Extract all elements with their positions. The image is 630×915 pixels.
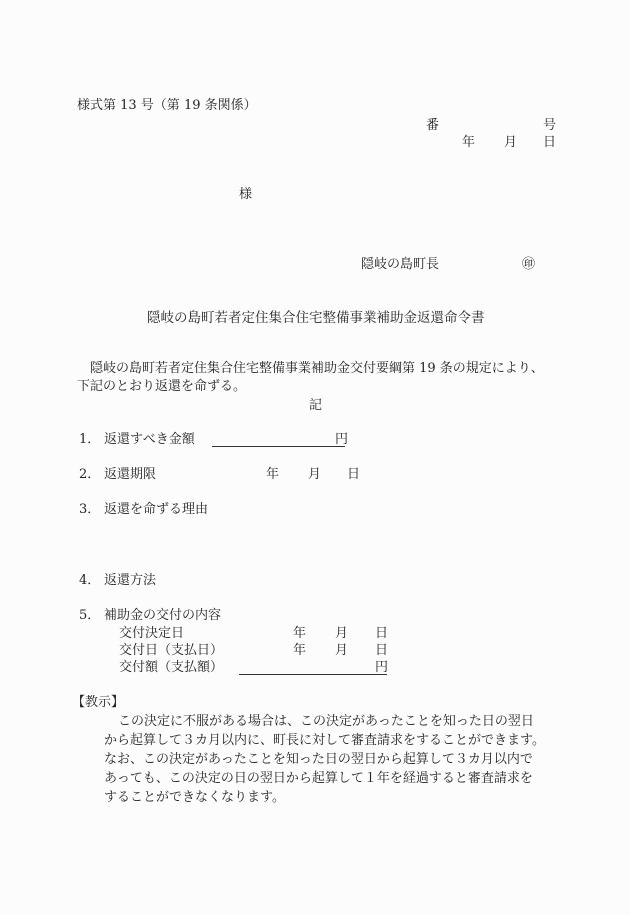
item-label: 返還期限	[104, 468, 156, 481]
item-number: 4．	[79, 574, 100, 587]
ki-label: 記	[309, 399, 322, 412]
sub-item-label: 交付決定日	[119, 627, 184, 640]
year-label: 年	[293, 627, 306, 640]
deadline-month-label: 月	[308, 468, 321, 481]
notice-line-4: あっても、この決定の日の翌日から起算して１年を経過すると審査請求を	[104, 772, 533, 785]
seal-mark: ㊞	[522, 258, 535, 271]
body-line-1: 隠岐の島町若者定住集合住宅整備事業補助金交付要綱第 19 条の規定により、	[90, 362, 544, 375]
item-number: 1．	[79, 433, 100, 446]
sub-item-label: 交付日（支払日）	[119, 644, 223, 657]
yen-unit: 円	[375, 661, 388, 674]
addressee-suffix: 様	[239, 188, 252, 201]
notice-line-1: この決定に不服がある場合は、この決定があったことを知った日の翌日	[118, 715, 534, 728]
item-label: 補助金の交付の内容	[104, 609, 221, 622]
notice-line-2: から起算して３カ月以内に、町長に対して審査請求をすることができます。	[104, 734, 545, 747]
date-day-label: 日	[543, 136, 556, 149]
number-label-go: 号	[543, 119, 556, 132]
year-label: 年	[293, 644, 306, 657]
number-label-ban: 番	[426, 119, 439, 132]
issuer-title: 隠岐の島町長	[361, 258, 439, 271]
item-number: 5．	[79, 609, 100, 622]
body-line-2: 下記のとおり返還を命ずる。	[77, 380, 246, 393]
amount-underline	[239, 674, 387, 675]
date-month-label: 月	[504, 136, 517, 149]
item-label: 返還方法	[104, 574, 156, 587]
notice-heading: 【教示】	[72, 696, 124, 709]
sub-item-label: 交付額（支払額）	[119, 661, 223, 674]
item-label: 返還を命ずる理由	[104, 503, 208, 516]
item-number: 2．	[79, 468, 100, 481]
form-number: 様式第 13 号（第 19 条関係）	[77, 99, 257, 112]
document-title: 隠岐の島町若者定住集合住宅整備事業補助金返還命令書	[147, 312, 485, 326]
amount-underline	[212, 446, 345, 447]
day-label: 日	[375, 644, 388, 657]
yen-unit: 円	[335, 433, 348, 446]
deadline-year-label: 年	[266, 468, 279, 481]
deadline-day-label: 日	[347, 468, 360, 481]
notice-line-5: することができなくなります。	[104, 791, 285, 804]
date-year-label: 年	[462, 136, 475, 149]
item-number: 3．	[79, 503, 100, 516]
item-label: 返還すべき金額	[104, 433, 195, 446]
month-label: 月	[335, 627, 348, 640]
month-label: 月	[335, 644, 348, 657]
notice-line-3: なお、この決定があったことを知った日の翌日から起算して３カ月以内で	[104, 753, 533, 766]
day-label: 日	[375, 627, 388, 640]
